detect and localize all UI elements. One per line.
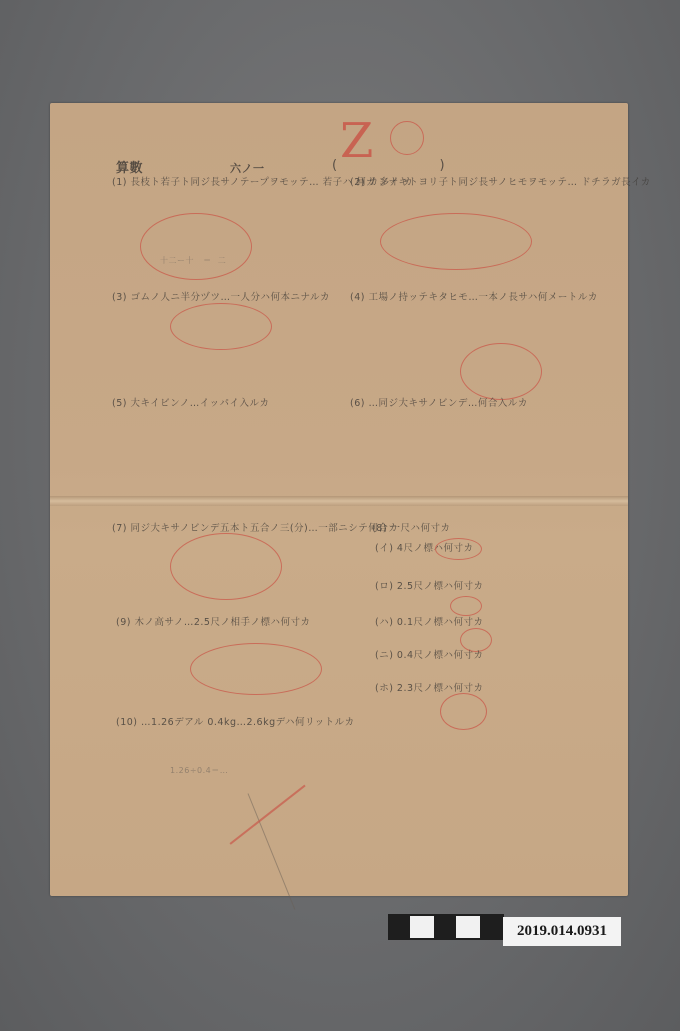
grading-circle <box>460 343 542 400</box>
grade-label: 六ノ一 <box>230 161 265 176</box>
score-mark: Z <box>340 113 373 169</box>
problem-6: (6) …同ジ大キサノビンデ…何合入ルカ <box>350 396 528 411</box>
grading-circle <box>450 596 482 616</box>
problem-8-sub-b: (ロ) 2.5尺ノ標ハ何寸カ <box>375 579 484 594</box>
score-circle <box>390 121 424 155</box>
grading-circle <box>190 643 322 695</box>
working-10: 1.26÷0.4＝… <box>170 763 228 778</box>
problem-4: (4) 工場ノ持ッテキタヒモ…一本ノ長サハ何メートルカ <box>350 290 598 305</box>
grading-circle <box>170 303 272 350</box>
problem-10: (10) …1.26デアル 0.4kg…2.6kgデハ何リットルカ <box>116 715 355 730</box>
problem-9: (9) 木ノ高サノ…2.5尺ノ相手ノ標ハ何寸カ <box>116 615 310 630</box>
color-scale-bar <box>388 914 504 940</box>
paper-fold-crease <box>50 496 628 506</box>
grading-circle <box>440 693 487 730</box>
subject-title: 算數 <box>116 161 143 176</box>
grading-circle <box>435 538 482 560</box>
problem-7: (7) 同ジ大キサノビンデ五本ト五合ノ三(分)…一部ニシテ何合カ <box>112 521 398 536</box>
grading-circle <box>380 213 532 270</box>
grading-circle <box>170 533 282 600</box>
grading-circle <box>140 213 252 280</box>
problem-8-sub-d: (ニ) 0.4尺ノ標ハ何寸カ <box>375 648 484 663</box>
problem-8-sub-c: (ハ) 0.1尺ノ標ハ何寸カ <box>375 615 484 630</box>
problem-2: (2) カンナキトヨリ子ト同ジ長サノヒモヲモッテ… ドチラガ長イカ <box>350 175 651 190</box>
problem-5: (5) 大キイビンノ…イッパイ入ルカ <box>112 396 270 411</box>
catalog-number-label: 2019.014.0931 <box>503 917 621 946</box>
red-strike <box>230 785 306 845</box>
exam-paper: 算數 六ノ一 ( ) Z (1) 長枝ト若子ト同ジ長サノテープヲモッテ… 若子ハ… <box>50 103 628 896</box>
problem-8: (8) 一尺ハ何寸カ <box>372 521 451 536</box>
